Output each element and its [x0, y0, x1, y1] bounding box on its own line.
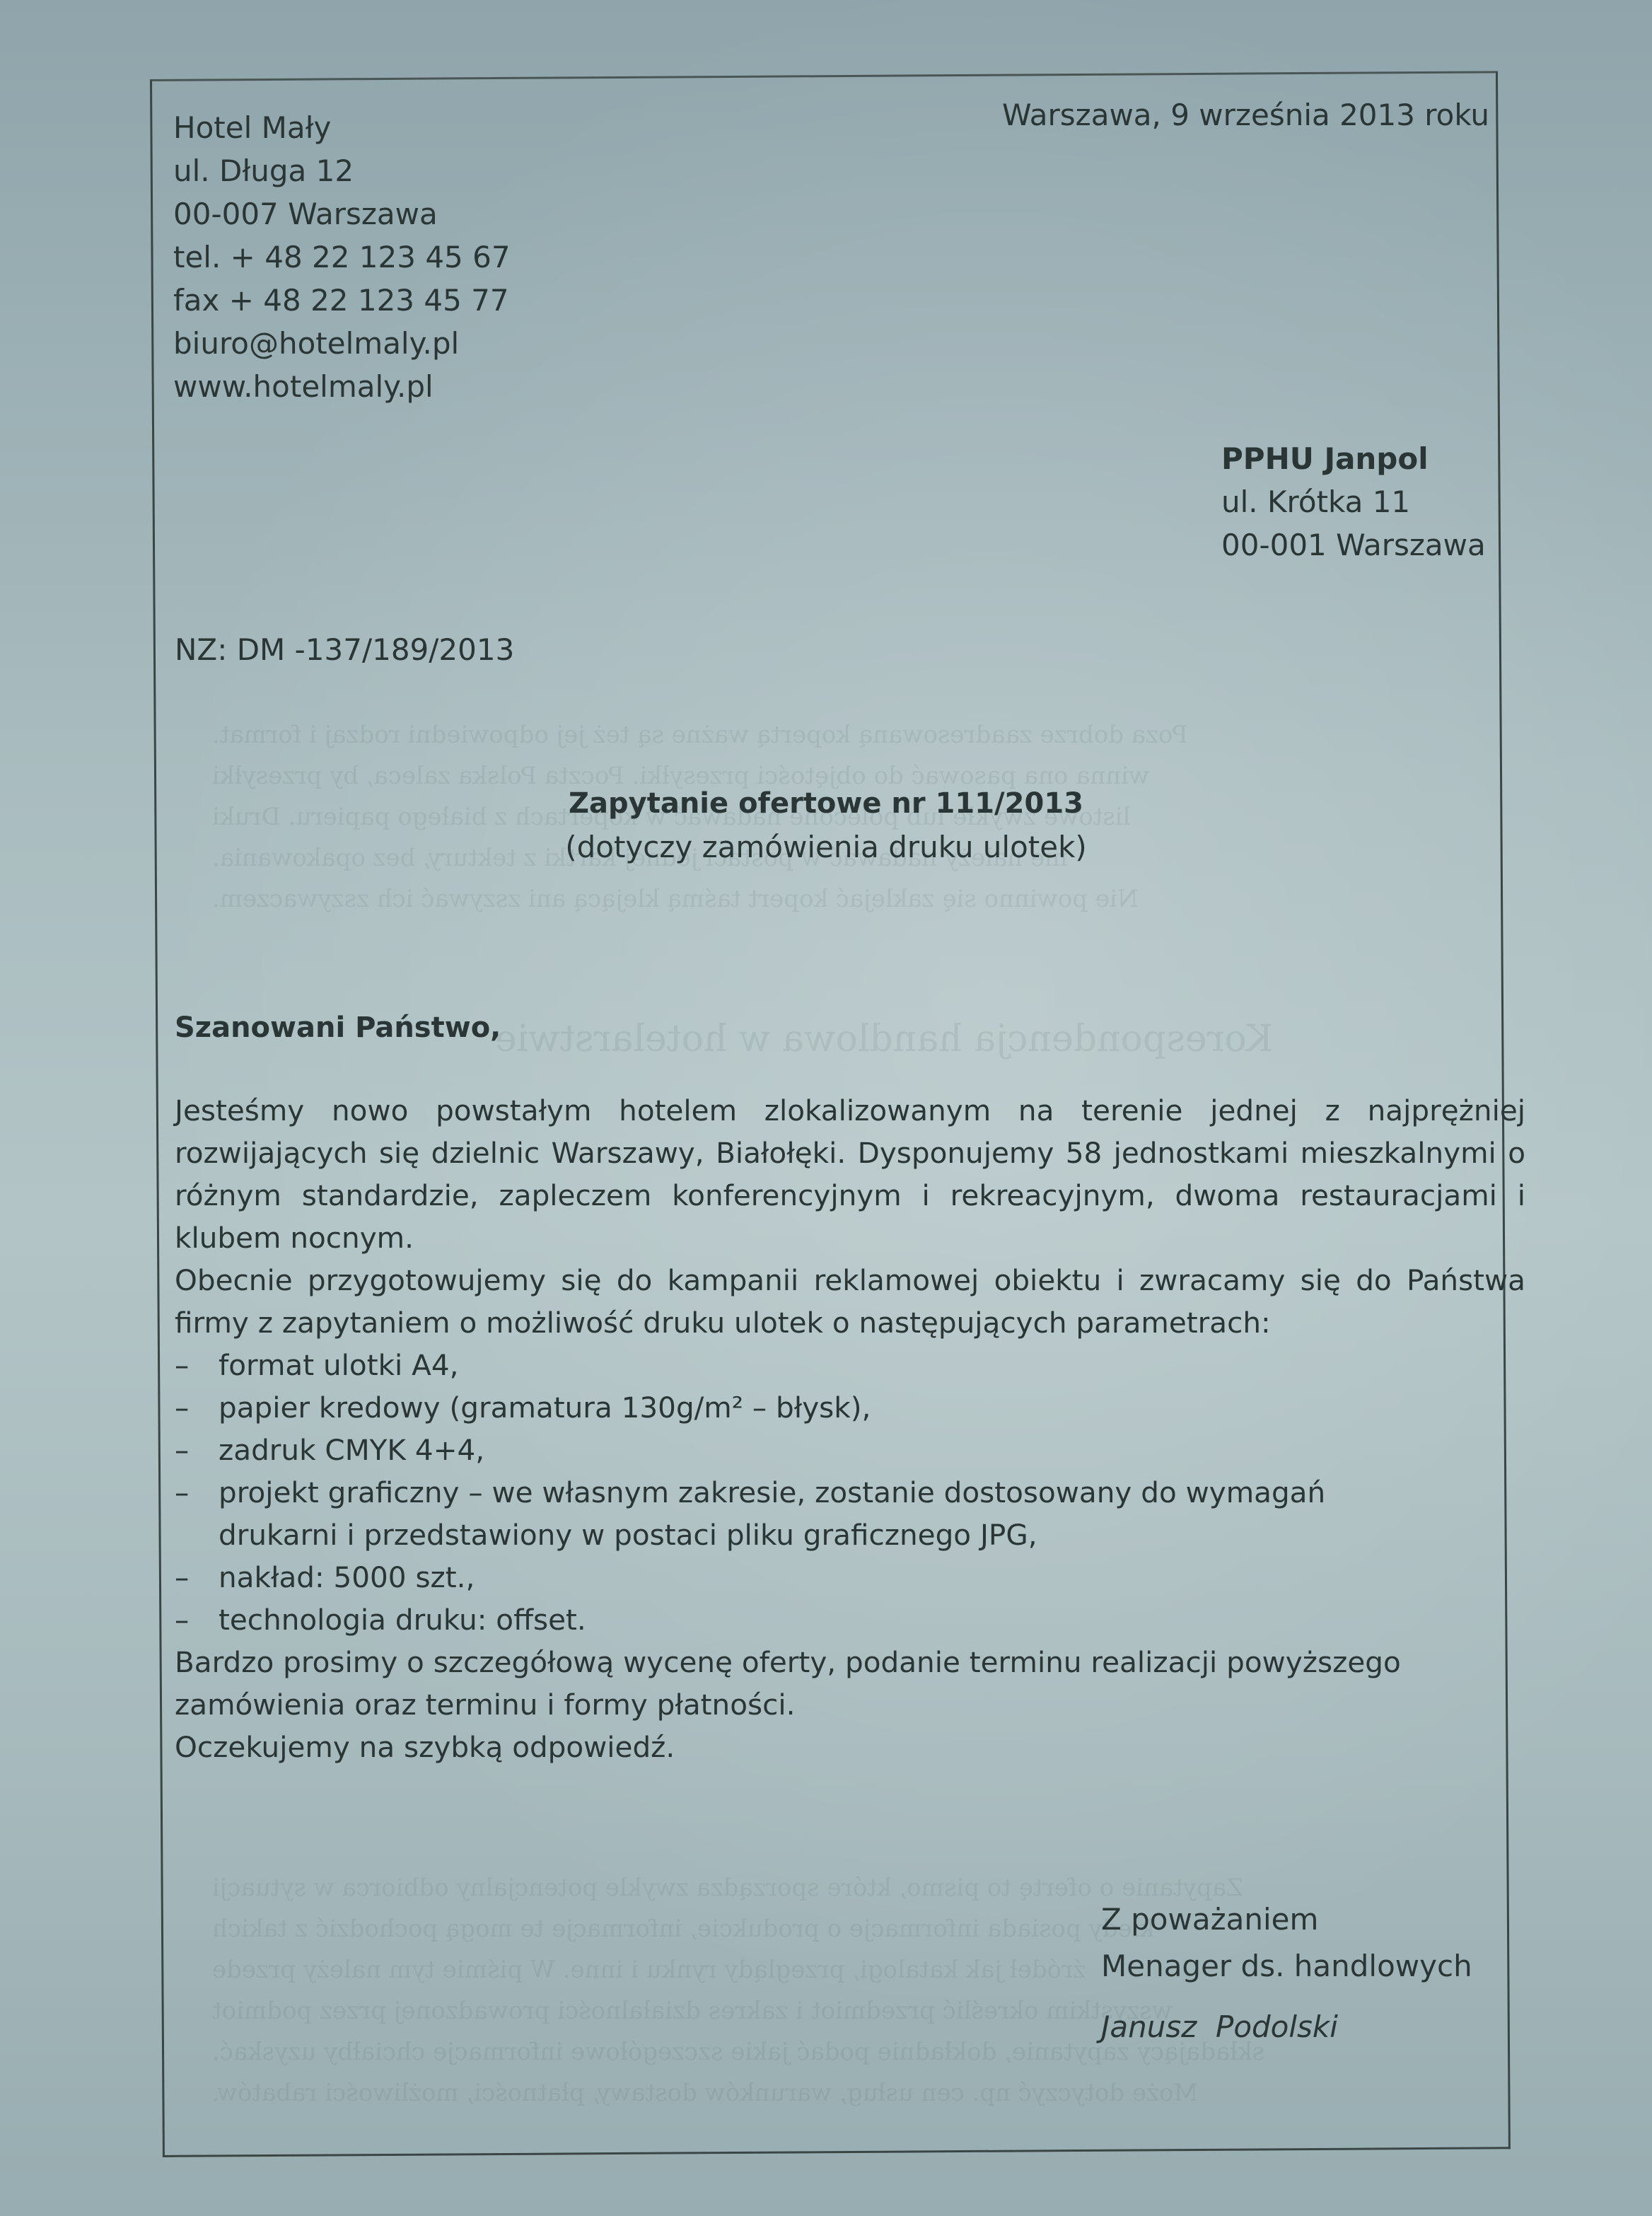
letter-body: Jesteśmy nowo powstałym hotelem zlokaliz…	[175, 1089, 1525, 1768]
sender-website: www.hotelmaly.pl	[173, 365, 511, 408]
recipient-street: ul. Krótka 11	[1221, 480, 1486, 523]
reference-number: NZ: DM -137/189/2013	[175, 628, 514, 672]
dash-bullet-icon: –	[175, 1556, 189, 1599]
signature-name: Janusz Podolski	[1101, 2005, 1472, 2052]
body-paragraph-request: Obecnie przygotowujemy się do kampanii r…	[175, 1259, 1525, 1344]
recipient-address-block: PPHU Janpol ul. Krótka 11 00-001 Warszaw…	[1221, 437, 1486, 567]
parameters-list: –format ulotki A4, –papier kredowy (gram…	[175, 1344, 1525, 1641]
subject-subtitle: (dotyczy zamówienia druku ulotek)	[0, 825, 1652, 869]
parameter-item: –papier kredowy (gramatura 130g/m² – bły…	[175, 1386, 1525, 1429]
recipient-city: 00-001 Warszawa	[1221, 523, 1486, 567]
parameter-item: –format ulotki A4,	[175, 1344, 1525, 1386]
body-paragraph-closing: Oczekujemy na szybką odpowiedź.	[175, 1726, 1525, 1768]
subject-title: Zapytanie ofertowe nr 111/2013	[0, 782, 1652, 825]
sender-name: Hotel Mały	[173, 106, 511, 149]
sender-street: ul. Długa 12	[173, 149, 511, 192]
parameter-item: –technologia druku: offset.	[175, 1599, 1525, 1641]
sender-address-block: Hotel Mały ul. Długa 12 00-007 Warszawa …	[173, 106, 511, 408]
sender-phone: tel. + 48 22 123 45 67	[173, 236, 511, 279]
sender-city: 00-007 Warszawa	[173, 192, 511, 236]
dash-bullet-icon: –	[175, 1344, 189, 1386]
letter-date: Warszawa, 9 września 2013 roku	[1002, 93, 1489, 137]
sender-email: biuro@hotelmaly.pl	[173, 322, 511, 365]
body-paragraph-intro: Jesteśmy nowo powstałym hotelem zlokaliz…	[175, 1089, 1525, 1259]
salutation: Szanowani Państwo,	[175, 1006, 501, 1050]
body-paragraph-quote-request: Bardzo prosimy o szczegółową wycenę ofer…	[175, 1641, 1525, 1726]
closing-greeting: Z poważaniem	[1101, 1898, 1472, 1944]
closing-block: Z poważaniem Menager ds. handlowych Janu…	[1101, 1898, 1472, 2052]
parameter-item: –projekt graficzny – we własnym zakresie…	[175, 1471, 1525, 1556]
recipient-name: PPHU Janpol	[1221, 437, 1486, 480]
dash-bullet-icon: –	[175, 1386, 189, 1429]
closing-position: Menager ds. handlowych	[1101, 1944, 1472, 1991]
dash-bullet-icon: –	[175, 1471, 189, 1514]
parameter-item: –nakład: 5000 szt.,	[175, 1556, 1525, 1599]
sender-fax: fax + 48 22 123 45 77	[173, 279, 511, 322]
letter-subject: Zapytanie ofertowe nr 111/2013 (dotyczy …	[0, 782, 1652, 869]
dash-bullet-icon: –	[175, 1599, 189, 1641]
dash-bullet-icon: –	[175, 1429, 189, 1471]
parameter-item: –zadruk CMYK 4+4,	[175, 1429, 1525, 1471]
